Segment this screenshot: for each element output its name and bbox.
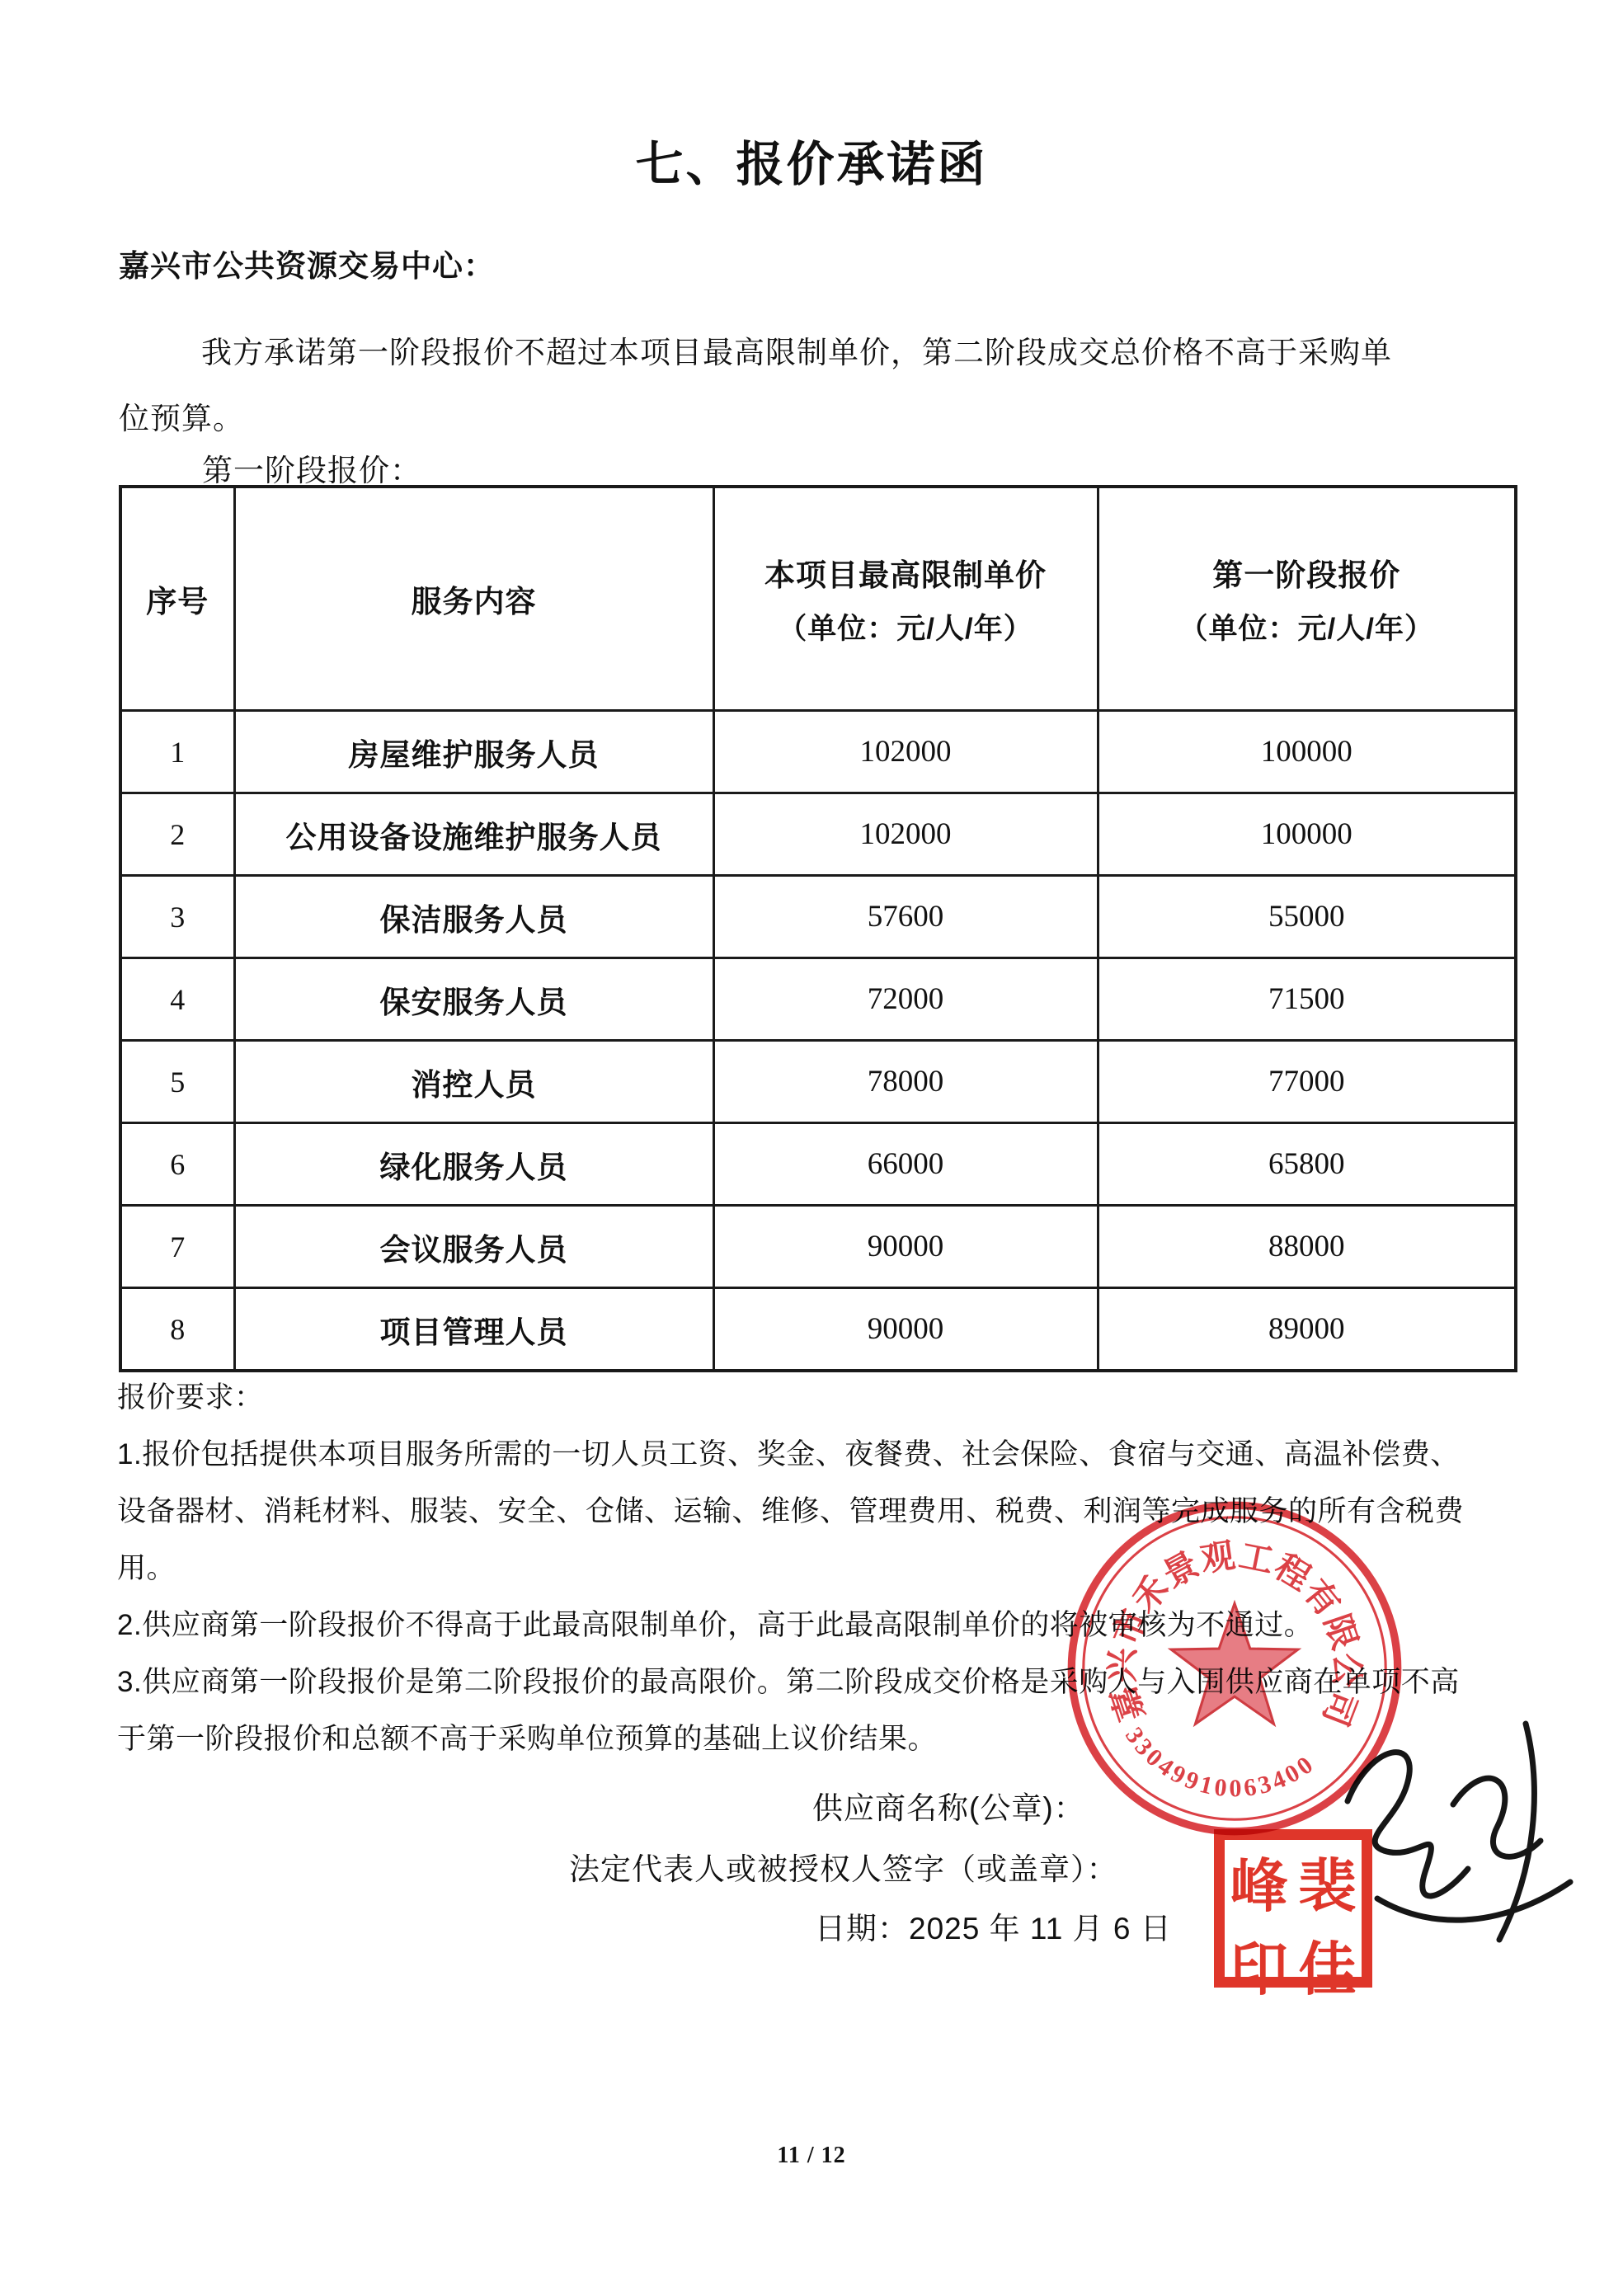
- cell-stage1-price: 65800: [1098, 1123, 1516, 1206]
- table-row: 3 保洁服务人员 57600 55000: [120, 876, 1516, 958]
- cell-no: 1: [120, 711, 234, 793]
- square-personal-seal: 峰 裴 印 佳: [1214, 1829, 1372, 1988]
- table-row: 4 保安服务人员 72000 71500: [120, 958, 1516, 1041]
- supplier-name-label: 供应商名称(公章)：: [812, 1783, 1085, 1828]
- commitment-paragraph: 我方承诺第一阶段报价不超过本项目最高限制单价，第二阶段成交总价格不高于采购单 位…: [119, 320, 1521, 452]
- cell-max-price: 66000: [713, 1123, 1098, 1206]
- page-title: 七、报价承诺函: [0, 125, 1623, 195]
- cell-no: 7: [120, 1206, 234, 1288]
- stamp-code-text: 33049910063400: [1120, 1723, 1320, 1803]
- column-header-no: 序号: [120, 487, 234, 711]
- stage1-title: 第一阶段报价: [1212, 558, 1400, 592]
- seal-char-top-right: 裴: [1293, 1840, 1362, 1923]
- cell-service: 项目管理人员: [234, 1288, 713, 1371]
- date-line: 日期：2025 年 11 月 6 日: [815, 1903, 1172, 1948]
- table-row: 6 绿化服务人员 66000 65800: [120, 1123, 1516, 1206]
- svg-text:33049910063400: 33049910063400: [1120, 1723, 1320, 1803]
- cell-max-price: 90000: [713, 1288, 1098, 1371]
- cell-service: 消控人员: [234, 1041, 713, 1123]
- cell-no: 3: [120, 876, 234, 958]
- stamp-star-icon: [1171, 1603, 1298, 1724]
- seal-char-bottom-right: 佳: [1293, 1923, 1362, 2007]
- requirement-1-line-1: 1.报价包括提供本项目服务所需的一切人员工资、奖金、夜餐费、社会保险、食宿与交通…: [117, 1426, 1527, 1483]
- cell-max-price: 72000: [713, 958, 1098, 1041]
- cell-max-price: 57600: [713, 876, 1098, 958]
- table-row: 8 项目管理人员 90000 89000: [120, 1288, 1516, 1371]
- table-row: 2 公用设备设施维护服务人员 102000 100000: [120, 793, 1516, 876]
- cell-no: 4: [120, 958, 234, 1041]
- table-row: 1 房屋维护服务人员 102000 100000: [120, 711, 1516, 793]
- scanned-document-page: 七、报价承诺函 嘉兴市公共资源交易中心： 我方承诺第一阶段报价不超过本项目最高限…: [0, 0, 1623, 2296]
- table-intro-label: 第一阶段报价：: [202, 445, 421, 490]
- cell-stage1-price: 55000: [1098, 876, 1516, 958]
- seal-char-top-left: 峰: [1225, 1840, 1293, 1923]
- cell-stage1-price: 77000: [1098, 1041, 1516, 1123]
- max-price-unit: （单位：元/人/年）: [715, 606, 1097, 647]
- table-row: 5 消控人员 78000 77000: [120, 1041, 1516, 1123]
- cell-stage1-price: 71500: [1098, 958, 1516, 1041]
- commitment-line-1: 我方承诺第一阶段报价不超过本项目最高限制单价，第二阶段成交总价格不高于采购单: [119, 320, 1521, 386]
- table-header-row: 序号 服务内容 本项目最高限制单价 （单位：元/人/年） 第一阶段报价 （单位：…: [120, 487, 1516, 711]
- cell-service: 公用设备设施维护服务人员: [234, 793, 713, 876]
- cell-service: 保安服务人员: [234, 958, 713, 1041]
- cell-max-price: 102000: [713, 711, 1098, 793]
- table-row: 7 会议服务人员 90000 88000: [120, 1206, 1516, 1288]
- column-header-stage1: 第一阶段报价 （单位：元/人/年）: [1098, 487, 1516, 711]
- seal-char-bottom-left: 印: [1225, 1923, 1293, 2007]
- cell-no: 8: [120, 1288, 234, 1371]
- requirements-heading: 报价要求：: [117, 1369, 1527, 1426]
- cell-stage1-price: 88000: [1098, 1206, 1516, 1288]
- cell-max-price: 78000: [713, 1041, 1098, 1123]
- cell-stage1-price: 100000: [1098, 711, 1516, 793]
- cell-no: 5: [120, 1041, 234, 1123]
- cell-service: 保洁服务人员: [234, 876, 713, 958]
- recipient-line: 嘉兴市公共资源交易中心：: [119, 241, 495, 285]
- column-header-service: 服务内容: [234, 487, 713, 711]
- cell-service: 会议服务人员: [234, 1206, 713, 1288]
- cell-max-price: 90000: [713, 1206, 1098, 1288]
- page-number: 11 / 12: [0, 2143, 1623, 2169]
- legal-representative-label: 法定代表人或被授权人签字（或盖章）：: [569, 1844, 1118, 1889]
- cell-stage1-price: 89000: [1098, 1288, 1516, 1371]
- quote-table: 序号 服务内容 本项目最高限制单价 （单位：元/人/年） 第一阶段报价 （单位：…: [119, 485, 1517, 1372]
- cell-stage1-price: 100000: [1098, 793, 1516, 876]
- commitment-line-2: 位预算。: [119, 386, 1521, 452]
- cell-service: 房屋维护服务人员: [234, 711, 713, 793]
- column-header-max-price: 本项目最高限制单价 （单位：元/人/年）: [713, 487, 1098, 711]
- max-price-title: 本项目最高限制单价: [764, 558, 1047, 592]
- cell-service: 绿化服务人员: [234, 1123, 713, 1206]
- stage1-unit: （单位：元/人/年）: [1099, 606, 1515, 647]
- cell-no: 6: [120, 1123, 234, 1206]
- cell-no: 2: [120, 793, 234, 876]
- cell-max-price: 102000: [713, 793, 1098, 876]
